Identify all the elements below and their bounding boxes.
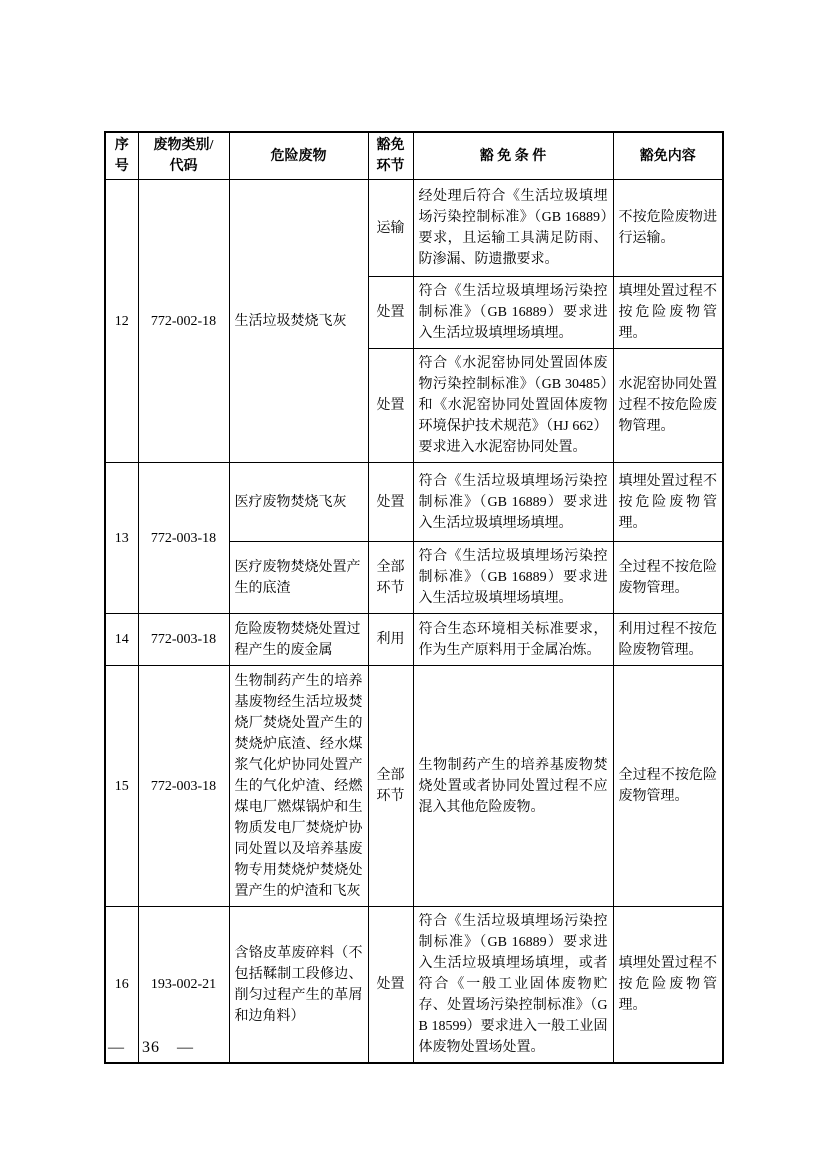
cell-content: 填埋处置过程不按危险废物管理。 [613, 907, 723, 1064]
cell-stage: 处置 [368, 907, 413, 1064]
cell-condition: 符合《水泥窑协同处置固体废物污染控制标准》（GB 30485）和《水泥窑协同处置… [413, 349, 613, 463]
cell-waste: 医疗废物焚烧飞灰 [229, 463, 368, 542]
cell-index: 13 [105, 463, 138, 614]
header-index: 序号 [105, 132, 138, 180]
header-waste: 危险废物 [229, 132, 368, 180]
cell-waste: 医疗废物焚烧处置产生的底渣 [229, 542, 368, 614]
cell-condition: 生物制药产生的培养基废物焚烧处置或者协同处置过程不应混入其他危险废物。 [413, 666, 613, 907]
cell-code: 772-003-18 [138, 666, 229, 907]
header-row: 序号 废物类别/ 代码 危险废物 豁免 环节 豁 免 条 件 豁免内容 [105, 132, 723, 180]
header-condition: 豁 免 条 件 [413, 132, 613, 180]
page-number: — 36 — [108, 1039, 194, 1057]
cell-code: 772-002-18 [138, 180, 229, 463]
cell-condition: 符合《生活垃圾填埋场污染控制标准》（GB 16889）要求进入生活垃圾填埋场填埋… [413, 277, 613, 349]
header-content: 豁免内容 [613, 132, 723, 180]
cell-index: 14 [105, 614, 138, 666]
cell-condition: 符合《生活垃圾填埋场污染控制标准》（GB 16889）要求进入生活垃圾填埋场填埋… [413, 542, 613, 614]
hazardous-waste-exemption-table: 序号 废物类别/ 代码 危险废物 豁免 环节 豁 免 条 件 豁免内容 12 7… [104, 131, 724, 1064]
document-page: 序号 废物类别/ 代码 危险废物 豁免 环节 豁 免 条 件 豁免内容 12 7… [0, 0, 826, 1169]
cell-stage: 运输 [368, 180, 413, 277]
cell-waste: 生活垃圾焚烧飞灰 [229, 180, 368, 463]
cell-stage: 处置 [368, 463, 413, 542]
cell-content: 全过程不按危险废物管理。 [613, 542, 723, 614]
table-row-16: 16 193-002-21 含铬皮革废碎料（不包括鞣制工段修边、削匀过程产生的革… [105, 907, 723, 1064]
cell-content: 全过程不按危险废物管理。 [613, 666, 723, 907]
cell-condition: 符合《生活垃圾填埋场污染控制标准》（GB 16889）要求进入生活垃圾填埋场填埋… [413, 463, 613, 542]
cell-stage: 处置 [368, 277, 413, 349]
cell-stage: 利用 [368, 614, 413, 666]
table-row-12a: 12 772-002-18 生活垃圾焚烧飞灰 运输 经处理后符合《生活垃圾填埋场… [105, 180, 723, 277]
cell-stage: 处置 [368, 349, 413, 463]
cell-content: 填埋处置过程不按危险废物管理。 [613, 277, 723, 349]
cell-stage: 全部环节 [368, 542, 413, 614]
header-stage: 豁免 环节 [368, 132, 413, 180]
table-row-14: 14 772-003-18 危险废物焚烧处置过程产生的废金属 利用 符合生态环境… [105, 614, 723, 666]
cell-content: 利用过程不按危险废物管理。 [613, 614, 723, 666]
cell-condition: 符合生态环境相关标准要求，作为生产原料用于金属冶炼。 [413, 614, 613, 666]
cell-waste: 危险废物焚烧处置过程产生的废金属 [229, 614, 368, 666]
table-row-13a: 13 772-003-18 医疗废物焚烧飞灰 处置 符合《生活垃圾填埋场污染控制… [105, 463, 723, 542]
cell-condition: 符合《生活垃圾填埋场污染控制标准》（GB 16889）要求进入生活垃圾填埋场填埋… [413, 907, 613, 1064]
cell-index: 15 [105, 666, 138, 907]
cell-waste: 生物制药产生的培养基废物经生活垃圾焚烧厂焚烧处置产生的焚烧炉底渣、经水煤浆气化炉… [229, 666, 368, 907]
cell-content: 填埋处置过程不按危险废物管理。 [613, 463, 723, 542]
cell-stage: 全部环节 [368, 666, 413, 907]
cell-content: 水泥窑协同处置过程不按危险废物管理。 [613, 349, 723, 463]
cell-code: 772-003-18 [138, 614, 229, 666]
cell-waste: 含铬皮革废碎料（不包括鞣制工段修边、削匀过程产生的革屑和边角料） [229, 907, 368, 1064]
cell-code: 772-003-18 [138, 463, 229, 614]
header-category-code: 废物类别/ 代码 [138, 132, 229, 180]
cell-condition: 经处理后符合《生活垃圾填埋场污染控制标准》（GB 16889）要求，且运输工具满… [413, 180, 613, 277]
cell-index: 12 [105, 180, 138, 463]
cell-content: 不按危险废物进行运输。 [613, 180, 723, 277]
table-row-15: 15 772-003-18 生物制药产生的培养基废物经生活垃圾焚烧厂焚烧处置产生… [105, 666, 723, 907]
